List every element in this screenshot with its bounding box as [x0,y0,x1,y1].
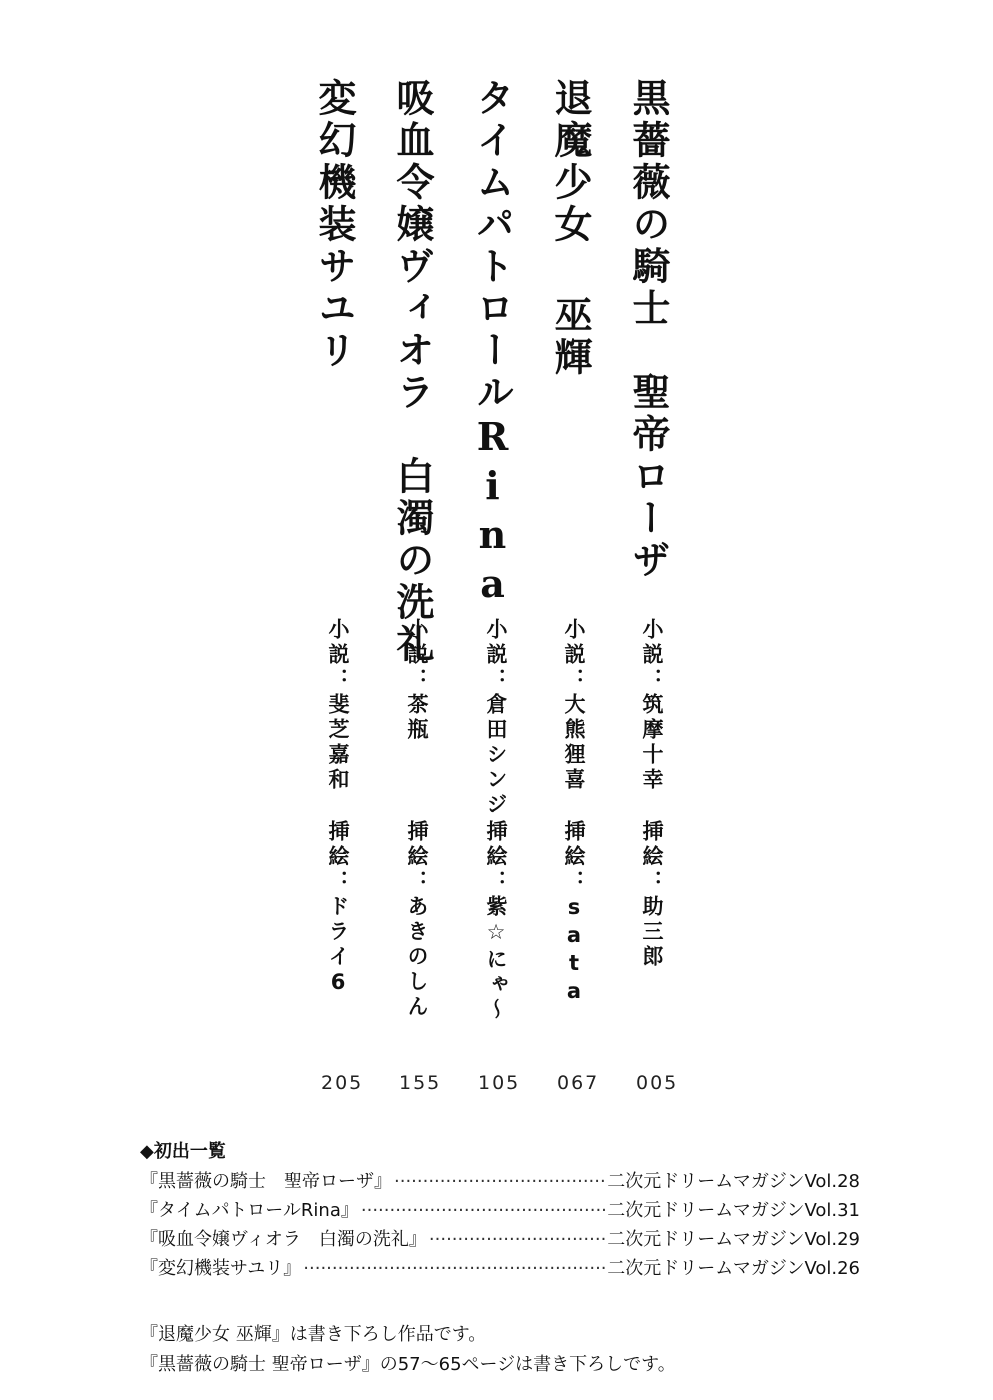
author-name: 倉田シンジ [484,693,508,818]
page-number-1[interactable]: 005 [636,1072,678,1094]
illustrator-credit-5: 挿絵：ドライ6 [326,820,350,998]
story-title-2[interactable]: 退魔少女 巫輝 [550,78,590,379]
publication-row: 『変幻機装サユリ』 ······························… [140,1255,860,1284]
publication-source: 二次元ドリームマガジンVol.29 [607,1226,860,1254]
author-name: 斐芝嘉和 [326,693,350,793]
publication-row: 『吸血令嬢ヴィオラ 白濁の洗礼』 ·······················… [140,1226,860,1255]
publication-row: 『黒薔薇の騎士 聖帝ローザ』 ·························… [140,1168,860,1197]
illustrator-credit-4: 挿絵：あきのしん [405,820,429,1020]
story-title-5[interactable]: 変幻機装サユリ [314,78,354,372]
leader-dots: ········································… [429,1226,605,1254]
first-publication-list: ◆初出一覧 『黒薔薇の騎士 聖帝ローザ』 ···················… [140,1138,860,1284]
publication-row: 『タイムパトロールRina』 ·························… [140,1197,860,1226]
publication-source: 二次元ドリームマガジンVol.31 [607,1197,860,1225]
leader-dots: ········································… [394,1168,605,1196]
publication-title: 『吸血令嬢ヴィオラ 白濁の洗礼』 [140,1226,427,1254]
illustrator-credit-1: 挿絵：助三郎 [640,820,664,970]
author-credit-3: 小説：倉田シンジ [484,618,508,818]
illustrator-name: あきのしん [405,895,429,1020]
leader-dots: ········································… [361,1197,605,1225]
illustrator-credit-2: 挿絵：sata [562,820,586,1007]
author-name: 茶瓶 [405,693,429,743]
leader-dots: ········································… [303,1255,605,1283]
publication-title: 『タイムパトロールRina』 [140,1197,359,1225]
author-label: 小説： [405,618,429,693]
illustrator-credit-3: 挿絵：紫☆にゃ～ [484,820,508,1023]
page-number-2[interactable]: 067 [557,1072,599,1094]
note-line-2: 『黒薔薇の騎士 聖帝ローザ』の57～65ページは書き下ろしです。 [140,1350,676,1380]
publication-source: 二次元ドリームマガジンVol.26 [607,1255,860,1283]
page-number-3[interactable]: 105 [478,1072,520,1094]
author-name: 筑摩十幸 [640,693,664,793]
illustrator-name: ドライ6 [326,895,350,998]
publication-title: 『黒薔薇の騎士 聖帝ローザ』 [140,1168,392,1196]
publication-title: 『変幻機装サユリ』 [140,1255,301,1283]
page-number-5[interactable]: 205 [321,1072,363,1094]
author-credit-4: 小説：茶瓶 [405,618,429,743]
illustrator-label: 挿絵： [562,820,586,895]
author-credit-5: 小説：斐芝嘉和 [326,618,350,793]
author-label: 小説： [484,618,508,693]
author-name: 大熊狸喜 [562,693,586,793]
illustrator-label: 挿絵： [326,820,350,895]
illustrator-name: 紫☆にゃ～ [484,895,508,1023]
story-title-3[interactable]: タイムパトロールRina [472,78,512,610]
notes: 『退魔少女 巫輝』は書き下ろし作品です。 『黒薔薇の騎士 聖帝ローザ』の57～6… [140,1320,676,1380]
page-number-4[interactable]: 155 [399,1072,441,1094]
author-credit-2: 小説：大熊狸喜 [562,618,586,793]
author-label: 小説： [640,618,664,693]
illustrator-name: sata [562,895,586,1007]
author-label: 小説： [562,618,586,693]
story-title-1[interactable]: 黒薔薇の騎士 聖帝ローザ [628,78,668,582]
author-credit-1: 小説：筑摩十幸 [640,618,664,793]
illustrator-name: 助三郎 [640,895,664,970]
illustrator-label: 挿絵： [484,820,508,895]
illustrator-label: 挿絵： [405,820,429,895]
author-label: 小説： [326,618,350,693]
first-publication-heading: ◆初出一覧 [140,1138,860,1168]
illustrator-label: 挿絵： [640,820,664,895]
publication-source: 二次元ドリームマガジンVol.28 [607,1168,860,1196]
story-title-4[interactable]: 吸血令嬢ヴィオラ 白濁の洗礼 [392,78,432,666]
note-line-1: 『退魔少女 巫輝』は書き下ろし作品です。 [140,1320,676,1350]
